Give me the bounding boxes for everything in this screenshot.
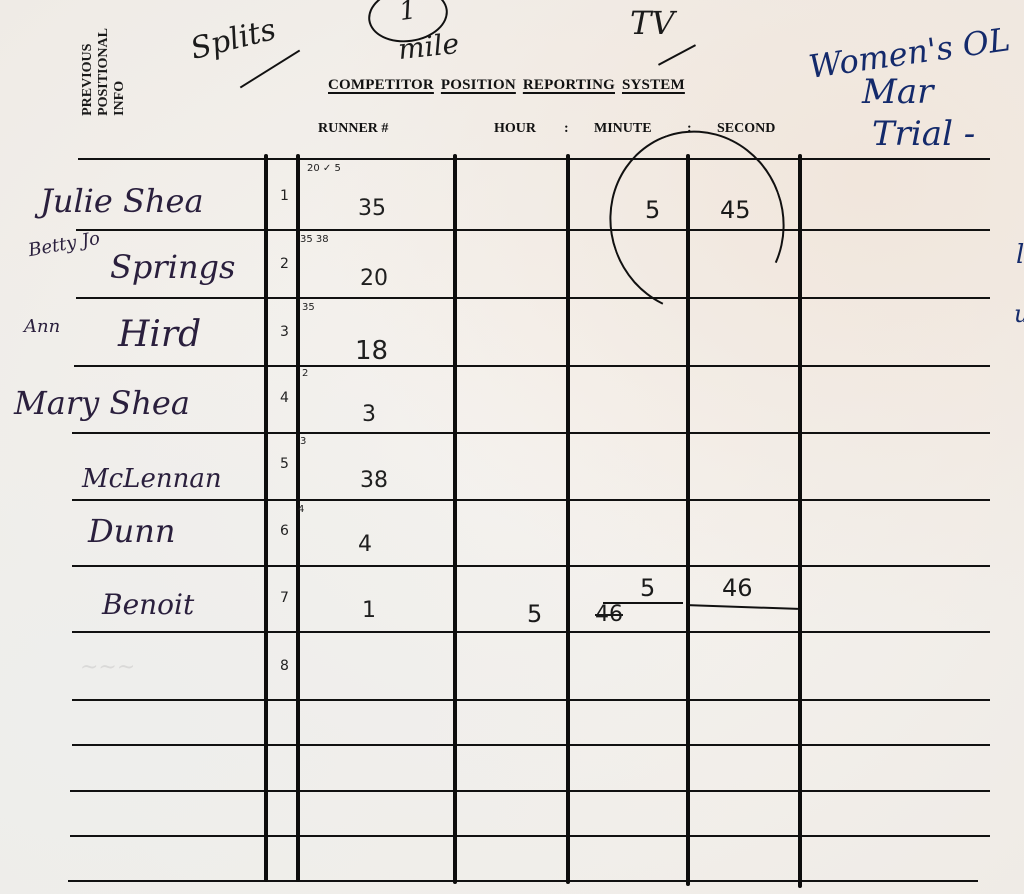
col-line-position-right — [296, 154, 300, 882]
row-line-10 — [70, 790, 990, 792]
col-line-position-left — [264, 154, 268, 882]
position-number: 4 — [280, 390, 289, 406]
runner-name: Springs — [110, 248, 235, 286]
runner-name: McLennan — [82, 464, 222, 494]
row-line-2 — [76, 297, 990, 299]
runner-name: Mary Shea — [14, 384, 190, 422]
runner-number: 35 — [358, 196, 386, 221]
row-line-0 — [78, 158, 990, 160]
ghost-writing: ~~~ — [80, 655, 135, 680]
position-number: 1 — [280, 188, 289, 204]
runner-number: 38 — [360, 468, 388, 493]
side-label-line-1: PREVIOUS — [80, 28, 96, 116]
col-line-runner-right — [453, 154, 457, 884]
circled-split-arc — [584, 106, 810, 338]
runner-number: 18 — [355, 336, 388, 366]
title-word-2: POSITION — [441, 77, 516, 93]
tv-check-stroke — [658, 44, 696, 65]
second-line-stroke — [688, 604, 798, 610]
row-line-8 — [72, 699, 990, 701]
row-line-3 — [74, 365, 990, 367]
row-line-5 — [72, 499, 990, 501]
row-line-1 — [76, 229, 990, 231]
runner-name: Dunn — [88, 512, 175, 550]
runner-first-name: Ann — [24, 316, 60, 337]
col-line-hour-right — [566, 154, 570, 884]
runner-number: 3 — [362, 402, 376, 427]
previous-position-note: 35 38 — [300, 234, 329, 245]
minute-struck-value: 46 — [595, 602, 623, 627]
position-number: 5 — [280, 456, 289, 472]
runner-number: 20 — [360, 266, 388, 291]
title-word-4: SYSTEM — [622, 77, 685, 93]
side-label-line-2: POSITIONAL — [96, 28, 112, 116]
previous-positional-info-label: PREVIOUS POSITIONAL INFO — [80, 28, 128, 116]
position-number: 7 — [280, 590, 289, 606]
col-line-second-right — [798, 154, 802, 888]
tv-note: TV — [630, 4, 674, 42]
row-line-7 — [72, 631, 990, 633]
right-note-line-2: Mar — [862, 72, 933, 112]
runner-name: Julie Shea — [40, 182, 204, 220]
position-number: 8 — [280, 658, 289, 674]
previous-position-note: 3 — [300, 436, 306, 447]
position-number: 3 — [280, 324, 289, 340]
minute-line-stroke — [603, 602, 683, 604]
second-value: 45 — [720, 196, 751, 224]
runner-number: 4 — [358, 532, 372, 557]
minute-value: 5 — [640, 574, 655, 602]
colon-separator-1: : — [564, 121, 569, 137]
right-edge-mark-2: u — [1014, 300, 1024, 328]
row-line-6 — [72, 565, 990, 567]
runner-number: 1 — [362, 598, 376, 623]
minute-value: 5 — [645, 196, 660, 224]
circled-number-text: 1 — [397, 0, 418, 27]
row-line-12 — [68, 880, 978, 882]
splits-note: Splits — [187, 12, 279, 67]
second-value: 46 — [722, 574, 753, 602]
position-number: 2 — [280, 256, 289, 272]
position-number: 6 — [280, 523, 289, 539]
row-line-9 — [72, 744, 990, 746]
second-header: SECOND — [717, 121, 775, 137]
side-label-line-3: INFO — [112, 28, 128, 116]
runner-name: Hird — [118, 314, 201, 355]
hour-value: 5 — [527, 600, 542, 628]
form-title: COMPETITORPOSITIONREPORTINGSYSTEM — [328, 77, 692, 94]
runner-number-header: RUNNER # — [318, 121, 388, 137]
previous-position-note: 2 — [302, 368, 308, 379]
runner-first-name: Betty Jo — [27, 228, 102, 261]
previous-position-note: 35 — [302, 302, 315, 313]
title-word-1: COMPETITOR — [328, 77, 434, 93]
right-note-line-3: Trial - — [872, 114, 975, 154]
previous-position-note: 4 — [298, 504, 304, 515]
minute-header: MINUTE — [594, 121, 652, 137]
previous-position-note: 20 ✓ 5 — [307, 163, 341, 174]
title-word-3: REPORTING — [523, 77, 615, 93]
row-line-11 — [70, 835, 990, 837]
right-edge-mark-1: l — [1016, 240, 1024, 270]
splits-underline — [240, 50, 300, 89]
hour-header: HOUR — [494, 121, 536, 137]
runner-name: Benoit — [102, 588, 194, 621]
mile-note: mile — [396, 27, 460, 66]
row-line-4 — [72, 432, 990, 434]
